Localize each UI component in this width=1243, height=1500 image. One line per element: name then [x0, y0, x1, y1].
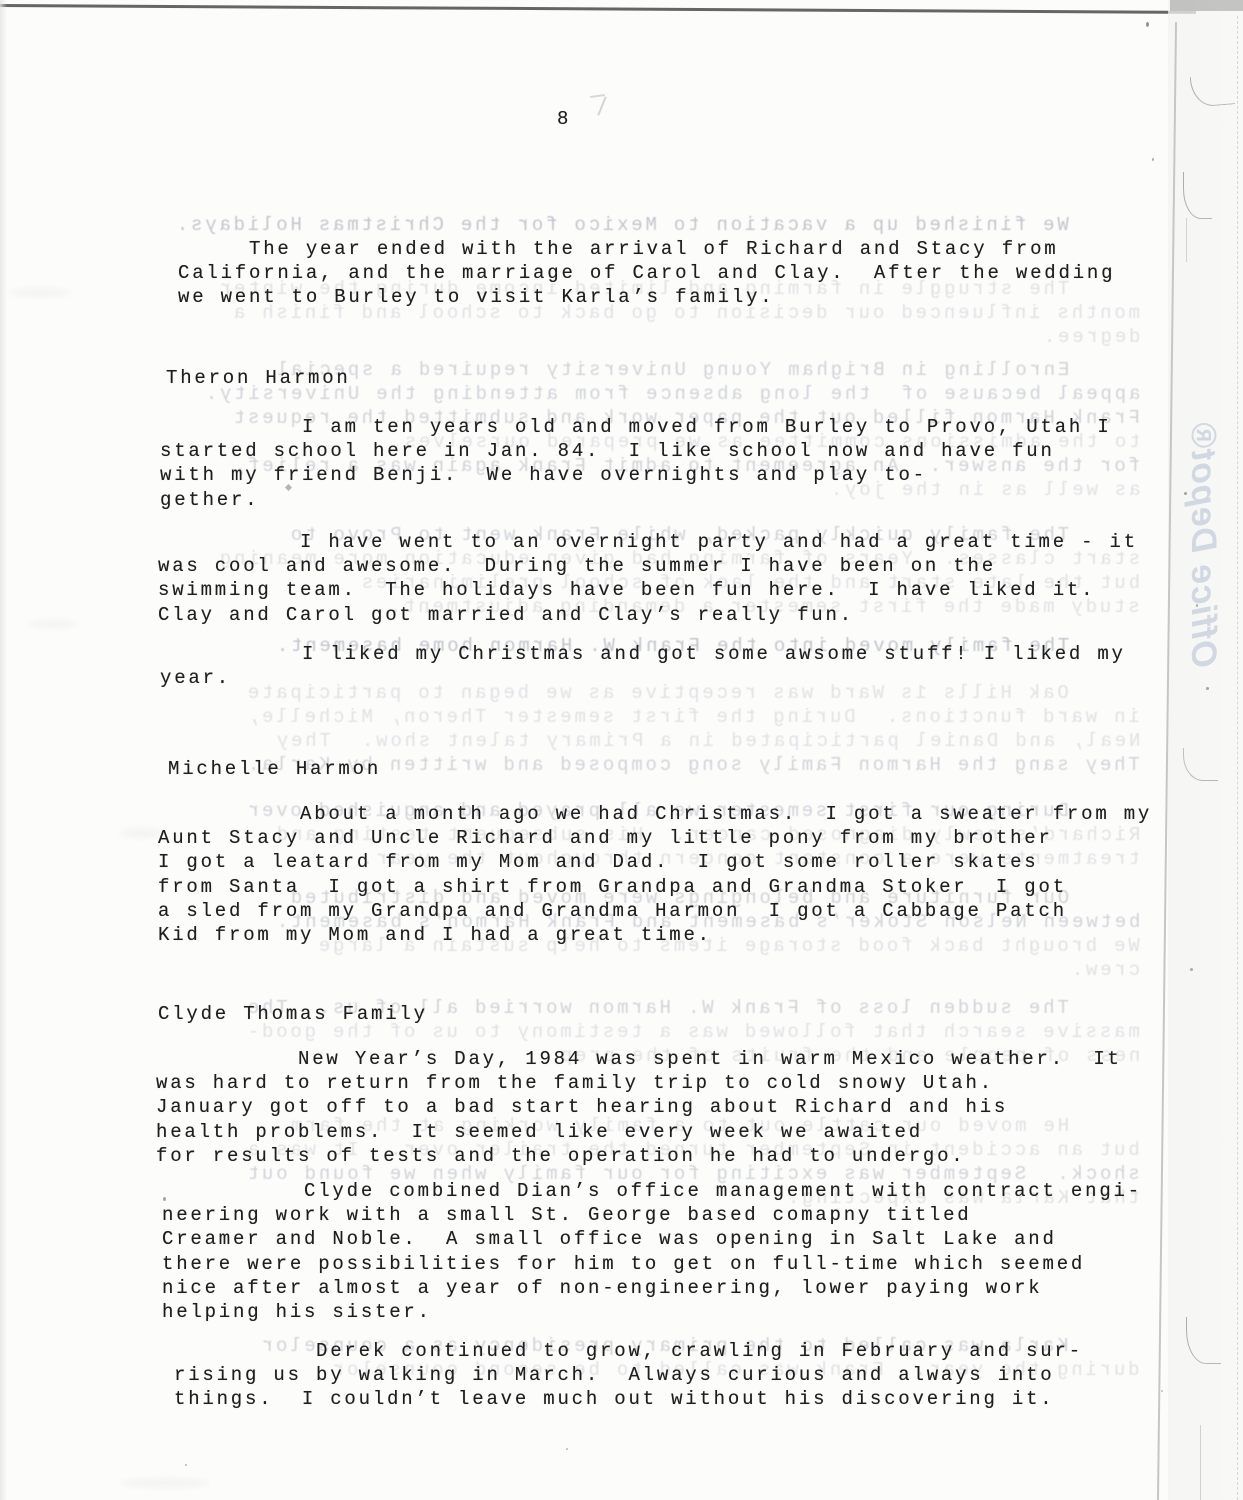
paragraph: I liked my Christmas and got some awsome… — [160, 642, 1126, 690]
paragraph: I have went to an overnight party and ha… — [158, 530, 1138, 627]
scan-speck — [185, 1464, 187, 1466]
scan-line-artifact — [1186, 218, 1187, 262]
section-heading-theron: Theron Harmon — [166, 366, 351, 390]
bleed-through-line: Neal, and Daniel participated in a Prima… — [274, 729, 1140, 753]
scan-smudge — [10, 288, 70, 297]
scanned-document-page: Office Depot® We finished up a vacation … — [0, 0, 1243, 1500]
scan-smudge — [120, 828, 162, 838]
bleed-through-line: Enrolling in Brigham Young University re… — [274, 358, 1140, 382]
office-depot-watermark: Office Depot® — [1183, 390, 1223, 700]
intro-paragraph: The year ended with the arrival of Richa… — [178, 237, 1115, 310]
paragraph: Clyde combined Dian’s office management … — [162, 1179, 1142, 1324]
section-heading-michelle: Michelle Harmon — [168, 757, 381, 781]
paragraph: I am ten years old and moved from Burley… — [160, 415, 1112, 512]
scan-speck — [1190, 968, 1193, 971]
paragraph: About a month ago we had Christmas. I go… — [158, 802, 1152, 947]
bleed-through-line: degree. — [1041, 325, 1140, 349]
bleed-through-line: We finished up a vacation to Mexico for … — [174, 213, 1140, 237]
scan-speck — [1146, 22, 1149, 27]
bleed-through-line: crew. — [1069, 958, 1140, 982]
page-left-shadow — [0, 0, 7, 1500]
scanner-edge-line — [0, 4, 1196, 13]
scan-speck — [1152, 158, 1154, 161]
scan-smudge — [120, 1478, 210, 1488]
paragraph: Derek continued to grow, crawling in Feb… — [174, 1339, 1083, 1412]
scan-speck — [566, 1448, 568, 1450]
bleed-through-line: in ward functions. During the first seme… — [245, 705, 1140, 729]
paragraph: New Year’s Day, 1984 was spent in warm M… — [156, 1047, 1122, 1168]
scan-speck — [1161, 1390, 1163, 1392]
perforation-line — [1237, 16, 1238, 1500]
scan-smudge — [28, 620, 78, 628]
faint-pencil-mark — [590, 94, 605, 98]
faint-pencil-mark — [597, 96, 606, 115]
page-number: 8 — [557, 107, 571, 131]
section-heading-clyde: Clyde Thomas Family — [158, 1002, 428, 1026]
scan-line-artifact — [1200, 1425, 1201, 1500]
